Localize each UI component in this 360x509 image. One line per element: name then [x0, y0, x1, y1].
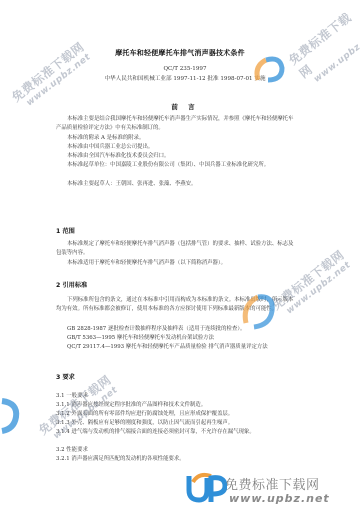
brand-logo-icon [185, 470, 227, 504]
reference-item: QC/T 29117.4—1993 摩托车和轻便摩托车产品质量检验 排气消声器质… [56, 343, 296, 352]
foreword-heading: 前 言 [0, 102, 360, 111]
requirement-item: 3.1.1 消声器应按经规定程序批准的产品图样和技术文件制造。 [56, 401, 206, 410]
foreword-paragraph: 本标准主要是结合我国摩托车和轻便摩托车消声器生产实际情况，并参照《摩托车和轻便摩… [56, 115, 296, 133]
section-heading-scope: 1 范围 [56, 226, 75, 235]
requirement-item: 3.1 一般要求 [56, 392, 88, 401]
section-heading-references: 2 引用标准 [56, 280, 87, 289]
requirement-item: 3.2 性能要求 [56, 446, 88, 455]
document-page: 摩托车和轻便摩托车排气消声器技术条件 QC/T 235-1997 中华人民共和国… [0, 0, 360, 509]
scope-paragraph: 本标准适用于摩托车和轻便摩托车排气消声器（以下简称消声器）。 [67, 259, 226, 268]
brand-url: www.upbz.net [229, 492, 330, 505]
reference-item: GB 2828-1987 逐批检查计数抽样程序及抽样表（适用于连续批的检查）。 [67, 325, 245, 334]
foreword-paragraph: 本标准的附录 A 是标准的附录。 [67, 134, 144, 143]
reference-item: GB/T 5363—1995 摩托车和轻便摩托车发动机台架试验方法 [67, 334, 214, 343]
requirement-item: 3.1.2 外露表面的所有零部件均应进行防腐蚀处理，且应形成保护覆盖层。 [56, 410, 233, 419]
foreword-paragraph: 本标准由中国兵器工业总公司提出。 [67, 143, 153, 152]
document-title: 摩托车和轻便摩托车排气消声器技术条件 [0, 48, 360, 58]
issue-approval-line: 中华人民共和国机械工业部 1997-11-12 批准 1998-07-01 实施 [0, 74, 360, 82]
references-intro: 下列标准所包含的条文，通过在本标准中引用而构成为本标准的条文。本标准出版时，所示… [56, 296, 296, 314]
requirement-item: 3.1.4 进气端与发动机的排气端接合面的连接必须密封可靠，不允许存在漏气现象。 [56, 428, 296, 437]
foreword-paragraph: 本标准起草单位：中国嘉陵工业股份有限公司（集团）、中国兵器工业标准化研究所。 [56, 161, 296, 170]
requirement-item: 3.2.1 消声器应满足所匹配的发动机的各项性能要求。 [56, 455, 185, 464]
standard-code: QC/T 235-1997 [0, 66, 360, 72]
brand-name: 免费标准下载网 [225, 474, 320, 493]
foreword-paragraph: 本标准由全国汽车标准化技术委员会归口。 [67, 152, 169, 161]
section-heading-requirements: 3 要求 [56, 372, 75, 381]
foreword-paragraph: 本标准主要起草人：王朝国、张再进、张藻、李燕安。 [67, 180, 196, 189]
requirement-item: 3.1.3 外壳、隔板应有足够的刚度和强度，以防止因气流而引起再生噪声。 [56, 419, 233, 428]
watermark-logo-icon [0, 395, 30, 435]
scope-paragraph: 本标准规定了摩托车和轻便摩托车排气消声器（包括排气管）的要求、抽样、试验方法、标… [56, 240, 296, 258]
